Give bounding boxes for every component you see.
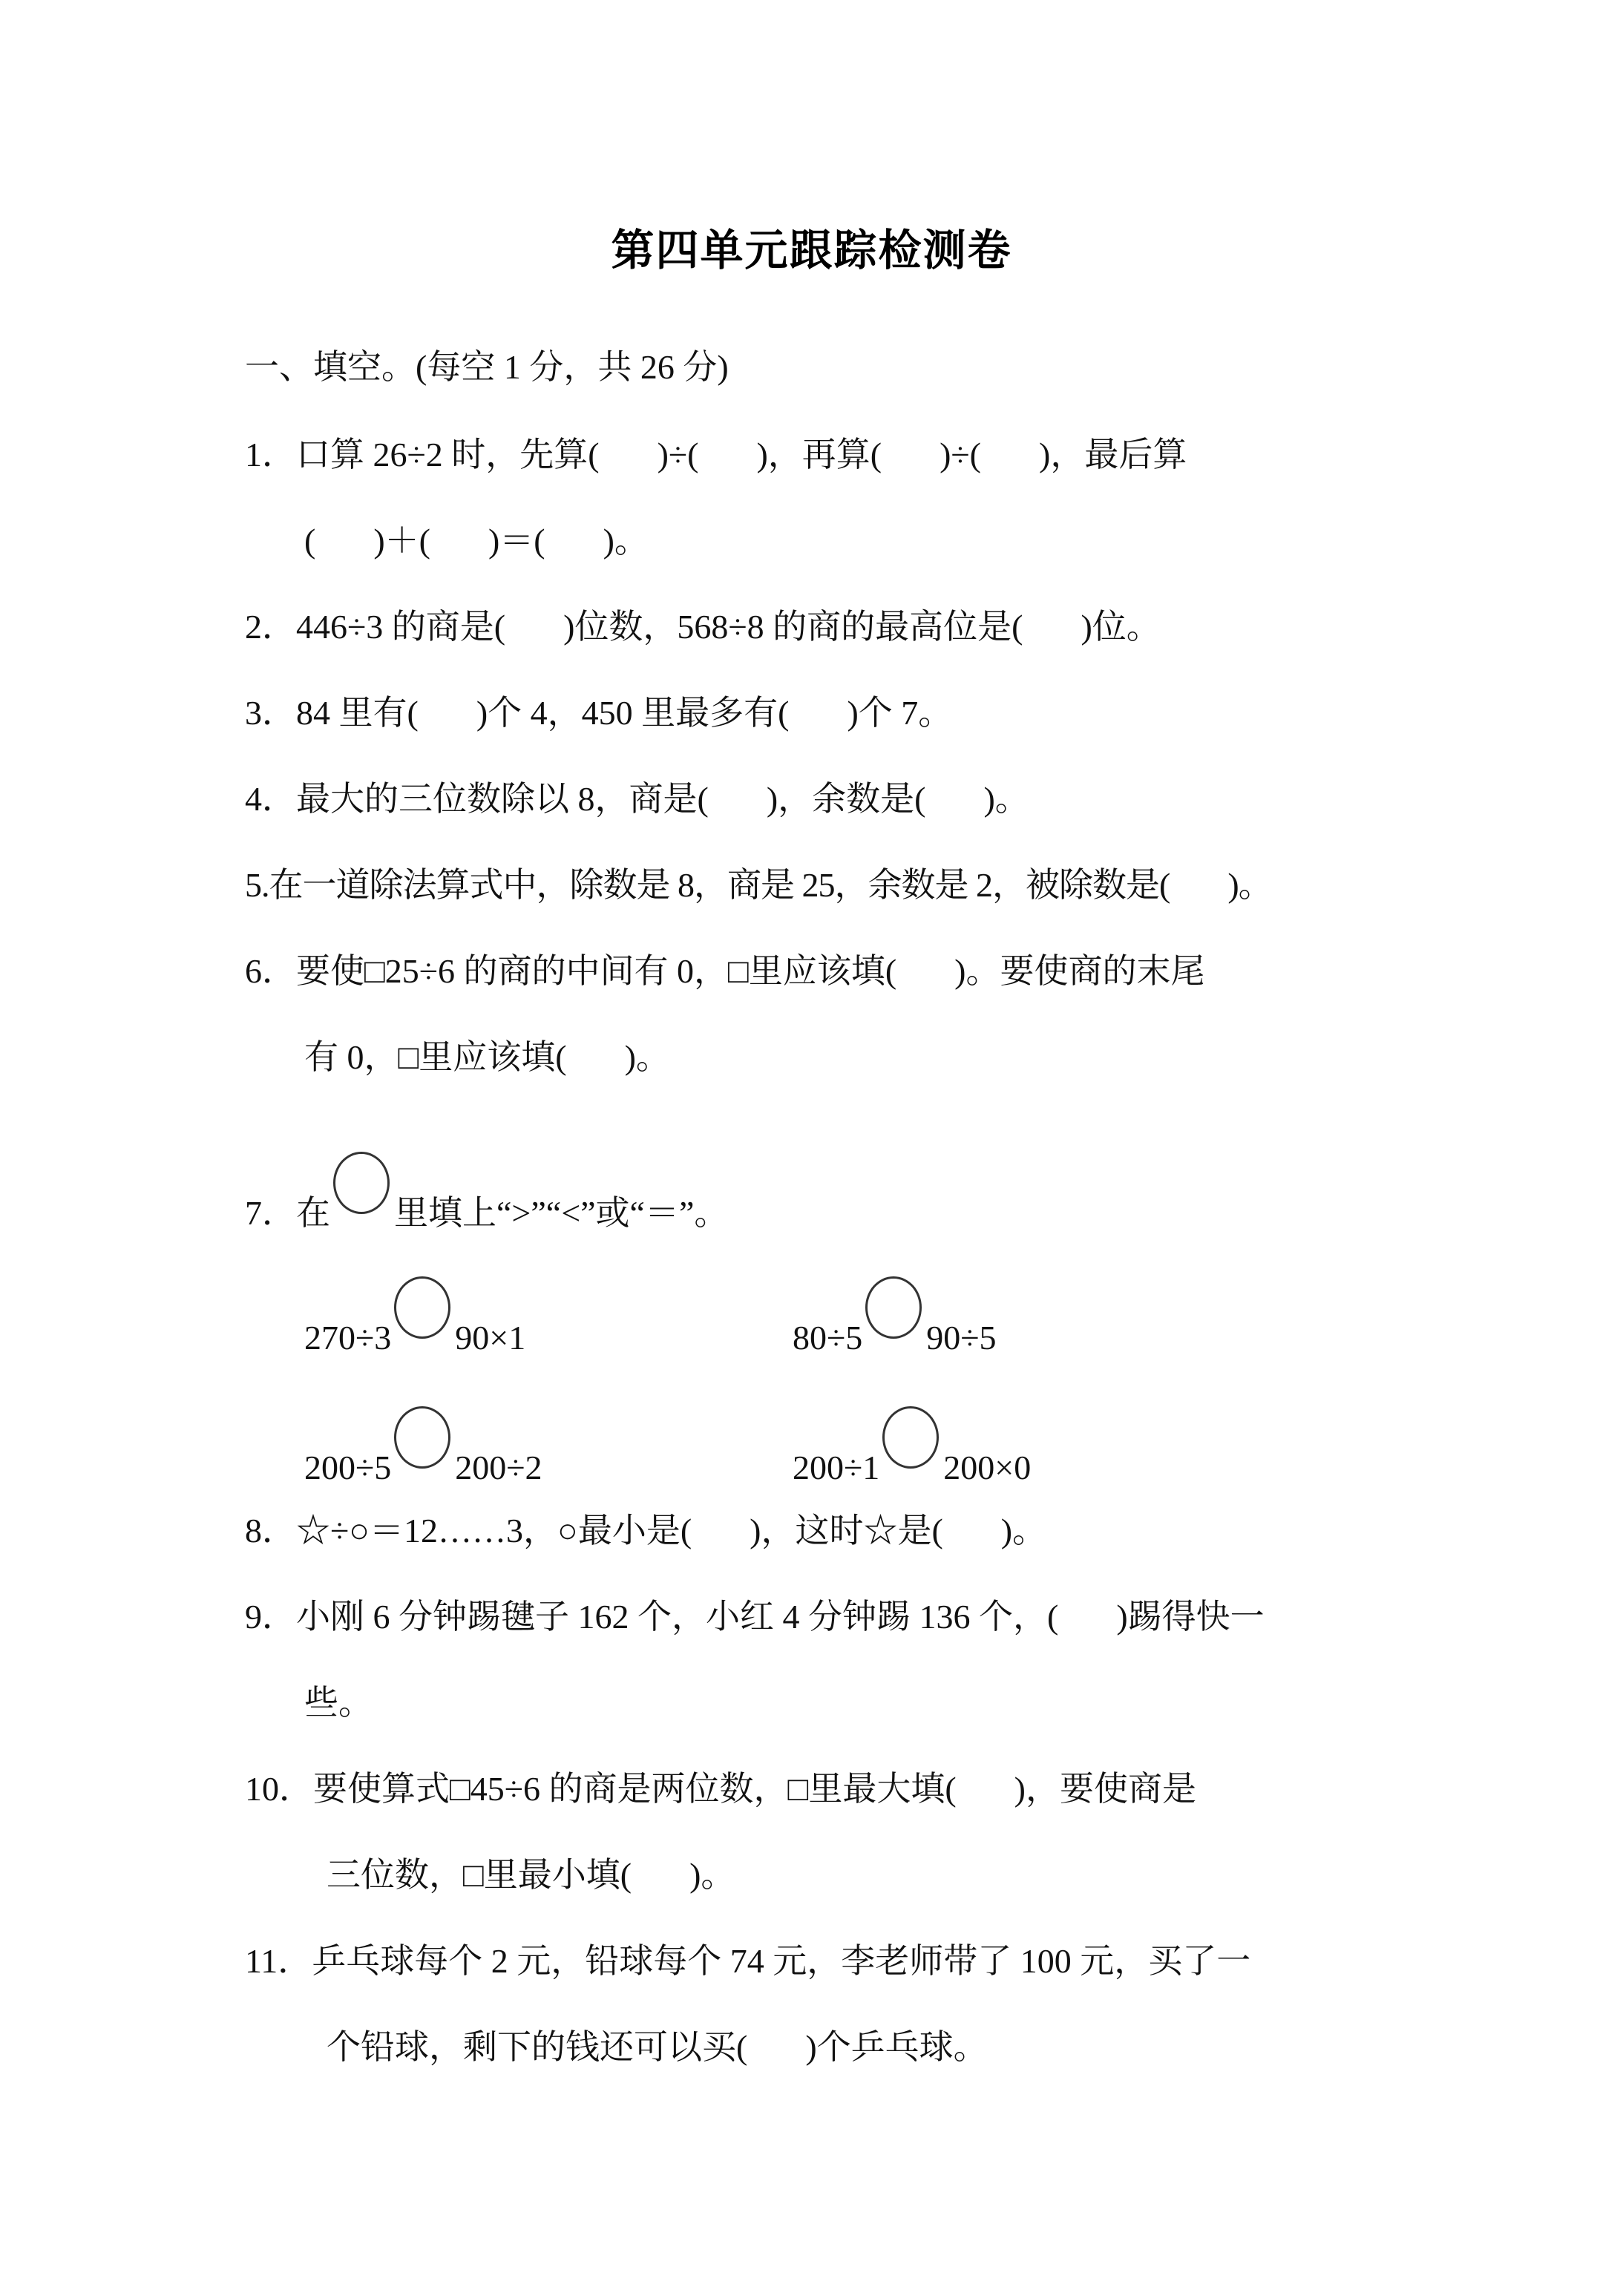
question-5: 5.在一道除法算式中，除数是 8，商是 25，余数是 2，被除数是()。 [245, 863, 1272, 908]
question-number: 8． [245, 1512, 296, 1549]
text: )。 [625, 1038, 670, 1076]
question-9-continued: 些。 [304, 1681, 373, 1725]
question-1-continued: ()＋()＝()。 [304, 519, 649, 563]
question-10: 10．要使算式□45÷6 的商是两位数，□里最大填()，要使商是 [245, 1767, 1196, 1811]
text: 个铅球，剩下的钱还可以买( [327, 2028, 747, 2066]
question-7: 7．在里填上“>”“<”或“＝”。 [245, 1152, 728, 1239]
text: )，要使商是 [1014, 1770, 1196, 1808]
text: 要使算式□45÷6 的商是两位数，□里最大填( [313, 1770, 957, 1808]
text: 446÷3 的商是( [296, 608, 505, 646]
comparison-left: 200÷1 [793, 1449, 879, 1486]
text: )个乒乓球。 [805, 2028, 987, 2066]
text: 里填上“>”“<”或“＝”。 [394, 1194, 728, 1232]
question-number: 9． [245, 1598, 296, 1636]
comparison-left: 270÷3 [304, 1319, 391, 1357]
comparison-right: 200÷2 [455, 1449, 542, 1486]
text: )，最后算 [1039, 436, 1187, 473]
question-6-continued: 有 0，□里应该填()。 [304, 1035, 670, 1080]
comparison-circle-input[interactable] [882, 1406, 939, 1469]
text: )。要使商的末尾 [954, 952, 1204, 990]
comparison-circle-input[interactable] [865, 1276, 922, 1339]
text: )，这时☆是( [750, 1512, 943, 1549]
comparison-2: 80÷590÷5 [793, 1276, 997, 1364]
text: )＝( [488, 522, 545, 560]
text: )，再算( [756, 436, 882, 473]
comparison-3: 200÷5200÷2 [304, 1406, 542, 1494]
text: 在 [296, 1194, 330, 1232]
text: 些。 [304, 1684, 373, 1722]
text: ( [304, 522, 315, 560]
comparison-circle-input[interactable] [394, 1406, 450, 1469]
question-number: 2． [245, 608, 296, 646]
comparison-right: 200×0 [943, 1449, 1031, 1486]
comparison-circle-input[interactable] [394, 1276, 450, 1339]
text: )。 [1227, 866, 1271, 904]
text: )÷( [658, 436, 699, 473]
text: 要使□25÷6 的商的中间有 0，□里应该填( [296, 952, 896, 990]
text: 在一道除法算式中，除数是 8，商是 25，余数是 2，被除数是( [269, 866, 1170, 904]
question-number: 1． [245, 436, 296, 473]
text: )，余数是( [767, 780, 926, 818]
text: )个 4，450 里最多有( [476, 694, 790, 732]
comparison-circle-icon [333, 1152, 390, 1214]
text: 有 0，□里应该填( [304, 1038, 567, 1076]
question-10-continued: 三位数，□里最小填()。 [327, 1853, 735, 1898]
text: )÷( [940, 436, 981, 473]
question-number: 7． [245, 1194, 296, 1232]
text: 小刚 6 分钟踢毽子 162 个，小红 4 分钟踢 136 个，( [296, 1598, 1058, 1636]
text: 84 里有( [296, 694, 419, 732]
text: ☆÷○＝12……3，○最小是( [296, 1512, 692, 1549]
question-3: 3．84 里有()个 4，450 里最多有()个 7。 [245, 691, 952, 735]
question-number: 6． [245, 952, 296, 990]
question-number: 10． [245, 1770, 313, 1808]
comparison-1: 270÷390×1 [304, 1276, 525, 1364]
text: 三位数，□里最小填( [327, 1856, 632, 1894]
text: )。 [689, 1856, 735, 1894]
comparison-right: 90÷5 [926, 1319, 996, 1357]
text: 口算 26÷2 时，先算( [296, 436, 600, 473]
worksheet-page: 第四单元跟踪检测卷 一、填空。(每空 1 分，共 26 分) 1．口算 26÷2… [0, 0, 1623, 2296]
question-1: 1．口算 26÷2 时，先算()÷()，再算()÷()，最后算 [245, 433, 1187, 477]
page-title: 第四单元跟踪检测卷 [0, 215, 1623, 278]
question-number: 11． [245, 1942, 312, 1980]
question-11-continued: 个铅球，剩下的钱还可以买()个乒乓球。 [327, 2025, 988, 2070]
comparison-left: 200÷5 [304, 1449, 391, 1486]
question-9: 9．小刚 6 分钟踢毽子 162 个，小红 4 分钟踢 136 个，()踢得快一 [245, 1595, 1265, 1639]
question-number: 5. [245, 866, 269, 904]
text: 最大的三位数除以 8，商是( [296, 780, 709, 818]
text: )位。 [1081, 608, 1160, 646]
text: 乒乓球每个 2 元，铅球每个 74 元，李老师带了 100 元，买了一 [312, 1942, 1250, 1980]
question-11: 11．乒乓球每个 2 元，铅球每个 74 元，李老师带了 100 元，买了一 [245, 1939, 1250, 1984]
section-heading: 一、填空。(每空 1 分，共 26 分) [245, 345, 729, 390]
question-number: 4． [245, 780, 296, 818]
question-2: 2．446÷3 的商是()位数，568÷8 的商的最高位是()位。 [245, 605, 1161, 649]
question-6: 6．要使□25÷6 的商的中间有 0，□里应该填()。要使商的末尾 [245, 949, 1204, 994]
comparison-right: 90×1 [455, 1319, 525, 1357]
text: )个 7。 [847, 694, 952, 732]
text: )。 [1001, 1512, 1046, 1549]
text: )。 [983, 780, 1029, 818]
comparison-left: 80÷5 [793, 1319, 862, 1357]
text: )踢得快一 [1116, 1598, 1264, 1636]
question-4: 4．最大的三位数除以 8，商是()，余数是()。 [245, 777, 1029, 821]
comparison-4: 200÷1200×0 [793, 1406, 1031, 1494]
text: )位数，568÷8 的商的最高位是( [563, 608, 1023, 646]
text: )＋( [373, 522, 430, 560]
question-8: 8．☆÷○＝12……3，○最小是()，这时☆是()。 [245, 1509, 1046, 1553]
text: )。 [603, 522, 649, 560]
question-number: 3． [245, 694, 296, 732]
